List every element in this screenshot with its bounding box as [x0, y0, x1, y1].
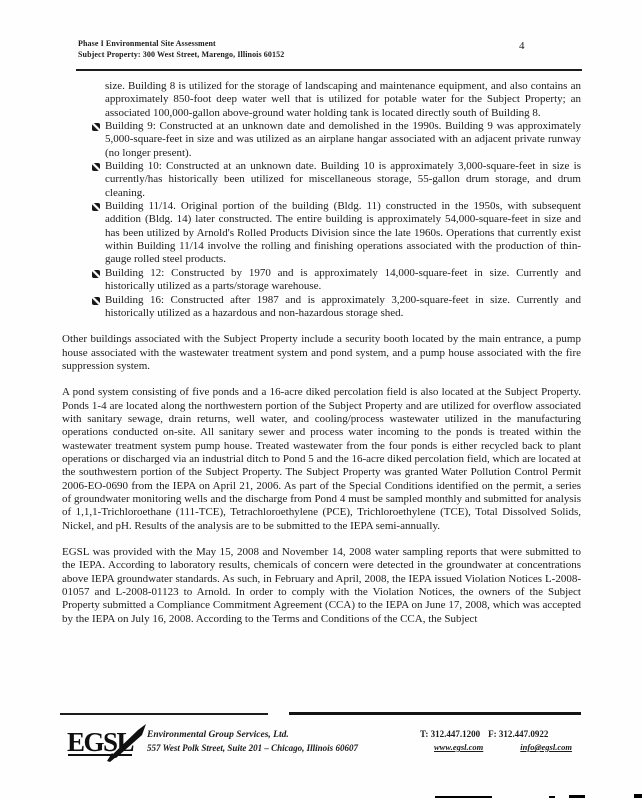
- ornament-bullet-icon: [92, 203, 100, 211]
- scan-artifact: [549, 796, 555, 798]
- document-title: Phase I Environmental Site Assessment: [78, 39, 284, 48]
- footer-divider-left-segment: [60, 713, 268, 715]
- paragraph-egsl-reports: EGSL was provided with the May 15, 2008 …: [62, 546, 581, 626]
- scan-artifact: [569, 795, 585, 798]
- subject-property-line: Subject Property: 300 West Street, Maren…: [78, 50, 284, 59]
- footer-company-block: Environmental Group Services, Ltd. 557 W…: [147, 730, 358, 753]
- bullet-text: Building 12: Constructed by 1970 and is …: [105, 267, 581, 292]
- document-body: size. Building 8 is utilized for the sto…: [62, 80, 581, 626]
- links-row: www.egsl.com info@egsl.com: [420, 742, 582, 752]
- paragraph-other-buildings: Other buildings associated with the Subj…: [62, 333, 581, 373]
- scan-artifact: [634, 794, 642, 798]
- scanned-document-page: Phase I Environmental Site Assessment Su…: [0, 0, 642, 800]
- header-divider-line: [76, 69, 582, 71]
- paragraph-continuation: size. Building 8 is utilized for the sto…: [62, 80, 581, 120]
- phone-fax-row: T: 312.447.1200F: 312.447.0922: [420, 729, 582, 739]
- egsl-logo: EGSL: [66, 724, 150, 769]
- ornament-bullet-icon: [92, 297, 100, 305]
- egsl-logo-text: EGSL: [67, 727, 134, 757]
- egsl-logo-graphic: EGSL: [66, 724, 150, 764]
- fax-number: F: 312.447.0922: [488, 729, 548, 739]
- scan-artifact: [435, 796, 492, 798]
- phone-number: T: 312.447.1200: [420, 729, 480, 739]
- paragraph-pond-system: A pond system consisting of five ponds a…: [62, 386, 581, 533]
- logo-underline: [68, 754, 132, 756]
- bullet-building-10: Building 10: Constructed at an unknown d…: [62, 160, 581, 200]
- website-link: www.egsl.com: [434, 742, 483, 752]
- page-number: 4: [519, 40, 525, 52]
- bullet-text: Building 16: Constructed after 1987 and …: [105, 294, 581, 319]
- bullet-building-16: Building 16: Constructed after 1987 and …: [62, 294, 581, 321]
- ornament-bullet-icon: [92, 123, 100, 131]
- bullet-text: Building 9: Constructed at an unknown da…: [105, 120, 581, 159]
- company-address: 557 West Polk Street, Suite 201 – Chicag…: [147, 743, 358, 753]
- footer-contact-block: T: 312.447.1200F: 312.447.0922 www.egsl.…: [420, 729, 582, 752]
- ornament-bullet-icon: [92, 270, 100, 278]
- company-name: Environmental Group Services, Ltd.: [147, 730, 358, 740]
- bullet-building-12: Building 12: Constructed by 1970 and is …: [62, 267, 581, 294]
- bullet-building-11-14: Building 11/14. Original portion of the …: [62, 200, 581, 267]
- bullet-text: Building 10: Constructed at an unknown d…: [105, 160, 581, 199]
- page-header: Phase I Environmental Site Assessment Su…: [78, 39, 284, 59]
- email-link: info@egsl.com: [520, 742, 572, 752]
- footer-divider-right-segment: [289, 712, 581, 715]
- bullet-text: Building 11/14. Original portion of the …: [105, 200, 581, 265]
- bullet-building-9: Building 9: Constructed at an unknown da…: [62, 120, 581, 160]
- ornament-bullet-icon: [92, 163, 100, 171]
